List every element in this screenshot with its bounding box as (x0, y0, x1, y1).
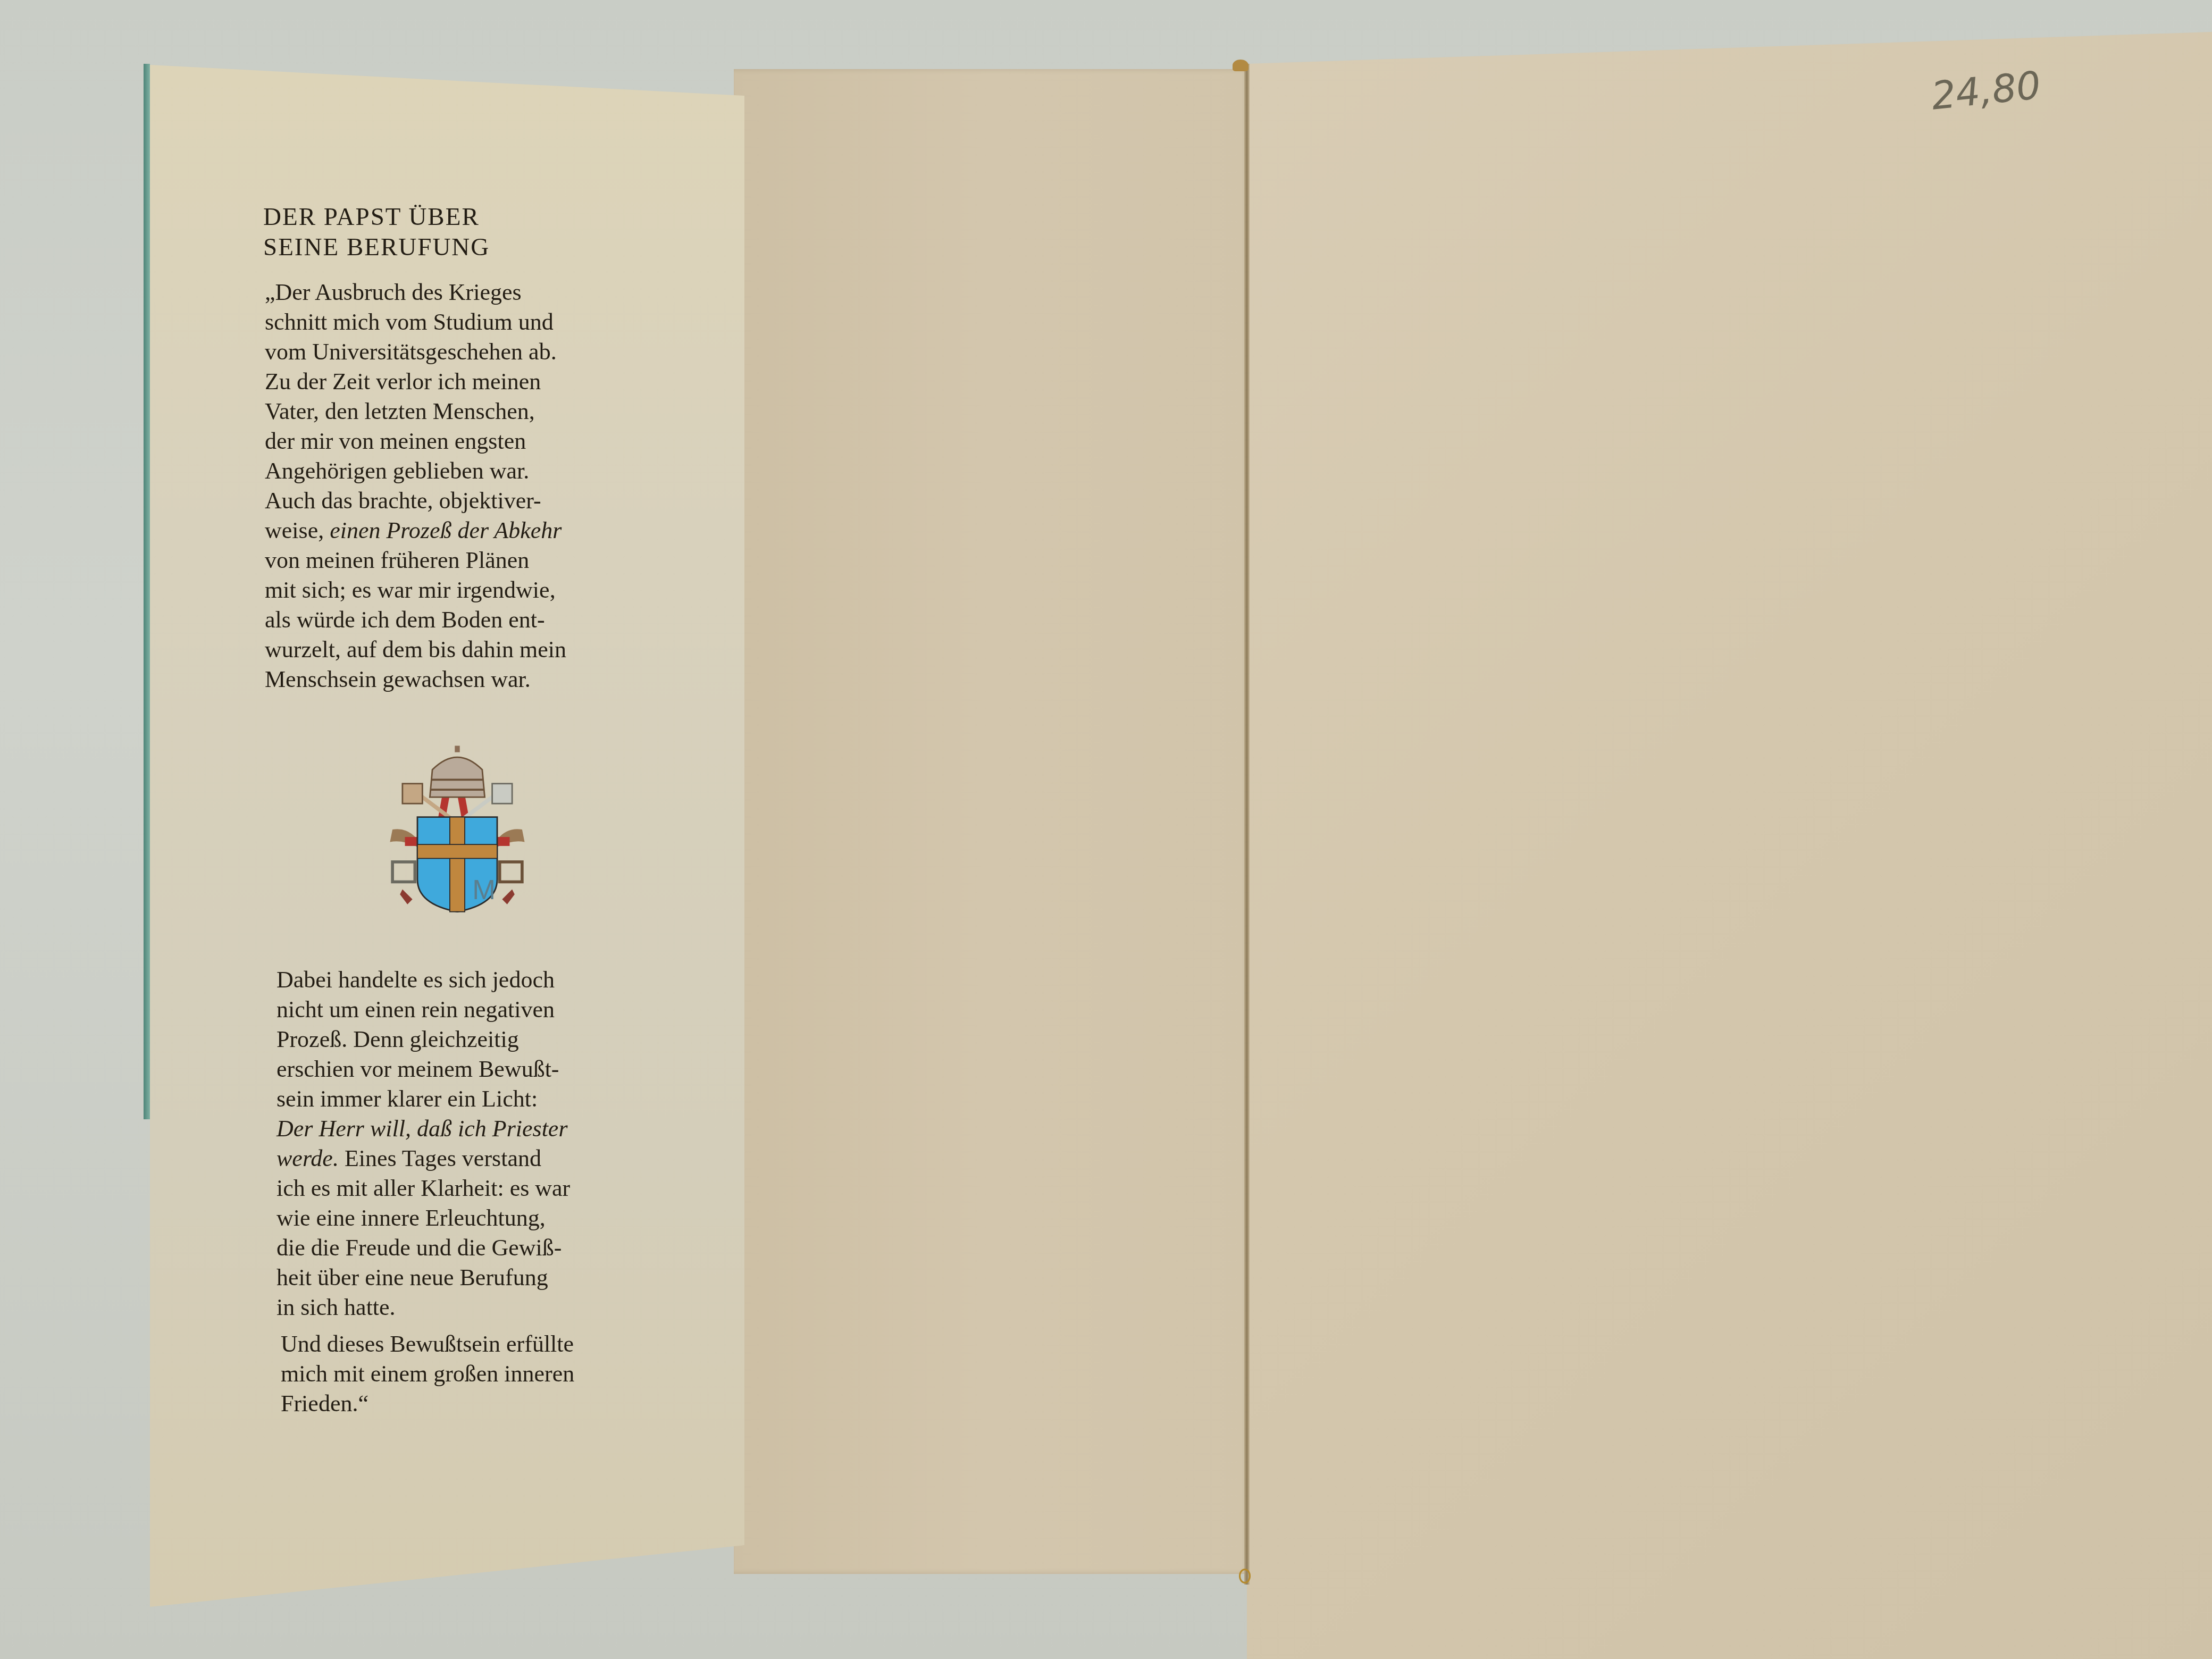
text-line: „Der Ausbruch des Krieges (265, 278, 566, 307)
quote-paragraph-3: Und dieses Bewußtsein erfüllte mich mit … (281, 1329, 574, 1419)
text-line: Frieden.“ (281, 1389, 574, 1419)
text-line: in sich hatte. (276, 1293, 570, 1322)
text-line: schnitt mich vom Studium und (265, 307, 566, 337)
text-line: Dabei handelte es sich jedoch (276, 965, 570, 995)
quote-paragraph-2: Dabei handelte es sich jedoch nicht um e… (276, 965, 570, 1322)
italic-text: werde. (276, 1145, 339, 1171)
text-line: Vater, den letzten Menschen, (265, 397, 566, 426)
headband-bottom (1239, 1569, 1251, 1583)
text-line: sein immer klarer ein Licht: (276, 1084, 570, 1114)
text-line: ich es mit aller Klarheit: es war (276, 1174, 570, 1203)
text-line: vom Universitätsgeschehen ab. (265, 337, 566, 367)
text-line: Der Herr will, daß ich Priester (276, 1114, 570, 1144)
text-line: Prozeß. Denn gleichzeitig (276, 1025, 570, 1054)
text-line: Angehörigen geblieben war. (265, 456, 566, 486)
italic-text: Der Herr will, daß ich Priester (276, 1116, 568, 1142)
text-line: die die Freude und die Gewiß- (276, 1233, 570, 1263)
cover-edge (144, 64, 150, 1119)
italic-text: einen Prozeß der Abkehr (330, 517, 562, 543)
text-line: mich mit einem großen inneren (281, 1359, 574, 1389)
text-line: Und dieses Bewußtsein erfüllte (281, 1329, 574, 1359)
left-endpaper (734, 69, 1250, 1574)
flap-title-line-2: SEINE BERUFUNG (263, 232, 490, 263)
text-line: werde. Eines Tages verstand (276, 1144, 570, 1174)
text-line: weise, einen Prozeß der Abkehr (265, 516, 566, 546)
flap-title-line-1: DER PAPST ÜBER (263, 202, 490, 232)
text-line: Auch das brachte, objektiver- (265, 486, 566, 516)
text-line: als würde ich dem Boden ent- (265, 605, 566, 635)
text-line: mit sich; es war mir irgendwie, (265, 575, 566, 605)
text-line: nicht um einen rein negativen (276, 995, 570, 1025)
book-gutter (1244, 64, 1250, 1585)
svg-text:M: M (472, 874, 496, 906)
text-line: Zu der Zeit verlor ich meinen (265, 367, 566, 397)
text-line: Menschsein gewachsen war. (265, 665, 566, 694)
text-line: der mir von meinen engsten (265, 426, 566, 456)
quote-paragraph-1: „Der Ausbruch des Krieges schnitt mich v… (265, 278, 566, 694)
right-endpaper (1247, 32, 2212, 1659)
photo-scene: DER PAPST ÜBER SEINE BERUFUNG „Der Ausbr… (0, 0, 2212, 1659)
text-span: Eines Tages verstand (339, 1145, 541, 1171)
headband-top (1233, 60, 1249, 71)
text-line: von meinen früheren Plänen (265, 546, 566, 575)
text-line: erschien vor meinem Bewußt- (276, 1054, 570, 1084)
text-line: heit über eine neue Berufung (276, 1263, 570, 1293)
text-span: weise, (265, 517, 330, 543)
text-line: wie eine innere Erleuchtung, (276, 1203, 570, 1233)
text-line: wurzelt, auf dem bis dahin mein (265, 635, 566, 665)
flap-title: DER PAPST ÜBER SEINE BERUFUNG (263, 202, 490, 263)
papal-coat-of-arms-icon: M (378, 739, 537, 920)
